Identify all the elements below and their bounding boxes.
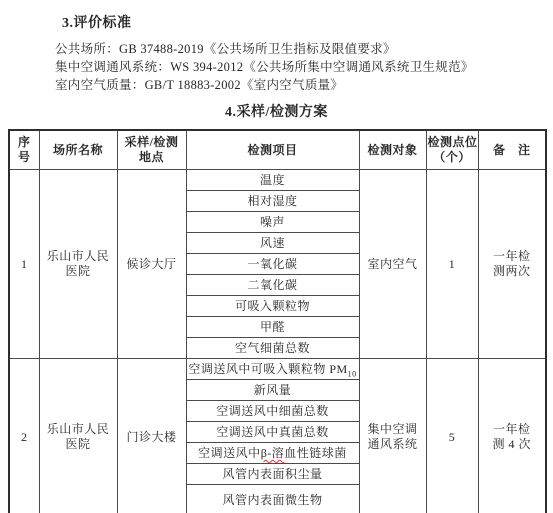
remark-cell: 一年检 测两次 bbox=[478, 170, 546, 359]
test-object-cell: 集中空调 通风系统 bbox=[359, 359, 426, 513]
table-row: 2 乐山市人民 医院 门诊大楼 空调送风中可吸入颗粒物 PM10 集中空调 通风… bbox=[9, 359, 546, 380]
test-item-cell: 风速 bbox=[186, 233, 359, 254]
test-item-cell: 一氧化碳 bbox=[186, 254, 359, 275]
test-item-cell: 空气细菌总数 bbox=[186, 338, 359, 359]
standards-paragraph: 公共场所：GB 37488-2019《公共场所卫生指标及限值要求》 集中空调通风… bbox=[55, 40, 474, 94]
col-header-object: 检测对象 bbox=[359, 130, 426, 170]
col-header-item: 检测项目 bbox=[186, 130, 359, 170]
col-header-location: 采样/检测 地点 bbox=[117, 130, 186, 170]
standard-line-indoor-air: 室内空气质量：GB/T 18883-2002《室内空气质量》 bbox=[55, 76, 474, 94]
test-item-cell: 空调送风中细菌总数 bbox=[186, 401, 359, 422]
section-3-heading: 3.评价标准 bbox=[62, 12, 132, 32]
test-item-cell: 新风量 bbox=[186, 380, 359, 401]
place-name-cell: 乐山市人民 医院 bbox=[39, 359, 117, 513]
seq-cell: 2 bbox=[9, 359, 39, 513]
test-points-cell: 1 bbox=[426, 170, 478, 359]
test-item-cell: 温度 bbox=[186, 170, 359, 191]
remark-cell: 一年检 测 4 次 bbox=[478, 359, 546, 513]
test-item-cell: 噪声 bbox=[186, 212, 359, 233]
document-page: 3.评价标准 公共场所：GB 37488-2019《公共场所卫生指标及限值要求》… bbox=[0, 0, 553, 513]
test-item-cell: 风管内表面积尘量 bbox=[186, 464, 359, 485]
col-header-seq: 序 号 bbox=[9, 130, 39, 170]
col-header-points: 检测点位 （个） bbox=[426, 130, 478, 170]
test-item-cell: 二氧化碳 bbox=[186, 275, 359, 296]
test-object-cell: 室内空气 bbox=[359, 170, 426, 359]
pm10-subscript: 10 bbox=[348, 369, 357, 378]
seq-cell: 1 bbox=[9, 170, 39, 359]
standard-line-hvac: 集中空调通风系统：WS 394-2012《公共场所集中空调通风系统卫生规范》 bbox=[55, 58, 474, 76]
sampling-plan-table: 序 号 场所名称 采样/检测 地点 检测项目 检测对象 检测点位 （个） 备 注 bbox=[8, 129, 547, 513]
table-row: 1 乐山市人民 医院 候诊大厅 温度 室内空气 1 一年检 测两次 bbox=[9, 170, 546, 191]
test-item-cell: 空调送风中可吸入颗粒物 PM10 bbox=[186, 359, 359, 380]
col-header-remark: 备 注 bbox=[478, 130, 546, 170]
test-item-cell: 可吸入颗粒物 bbox=[186, 296, 359, 317]
place-name-cell: 乐山市人民 医院 bbox=[39, 170, 117, 359]
sampling-location-cell: 门诊大楼 bbox=[117, 359, 186, 513]
section-4-heading: 4.采样/检测方案 bbox=[0, 101, 553, 121]
test-points-cell: 5 bbox=[426, 359, 478, 513]
sampling-location-cell: 候诊大厅 bbox=[117, 170, 186, 359]
spellcheck-underlined-text: β-溶 bbox=[261, 446, 285, 460]
test-item-cell: 相对湿度 bbox=[186, 191, 359, 212]
test-item-cell: 空调送风中β-溶血性链球菌 bbox=[186, 443, 359, 464]
standard-line-public-places: 公共场所：GB 37488-2019《公共场所卫生指标及限值要求》 bbox=[55, 40, 474, 58]
test-item-cell: 甲醛 bbox=[186, 317, 359, 338]
table-header-row: 序 号 场所名称 采样/检测 地点 检测项目 检测对象 检测点位 （个） 备 注 bbox=[9, 130, 546, 170]
test-item-cell: 风管内表面微生物 bbox=[186, 485, 359, 513]
test-item-cell: 空调送风中真菌总数 bbox=[186, 422, 359, 443]
col-header-place: 场所名称 bbox=[39, 130, 117, 170]
